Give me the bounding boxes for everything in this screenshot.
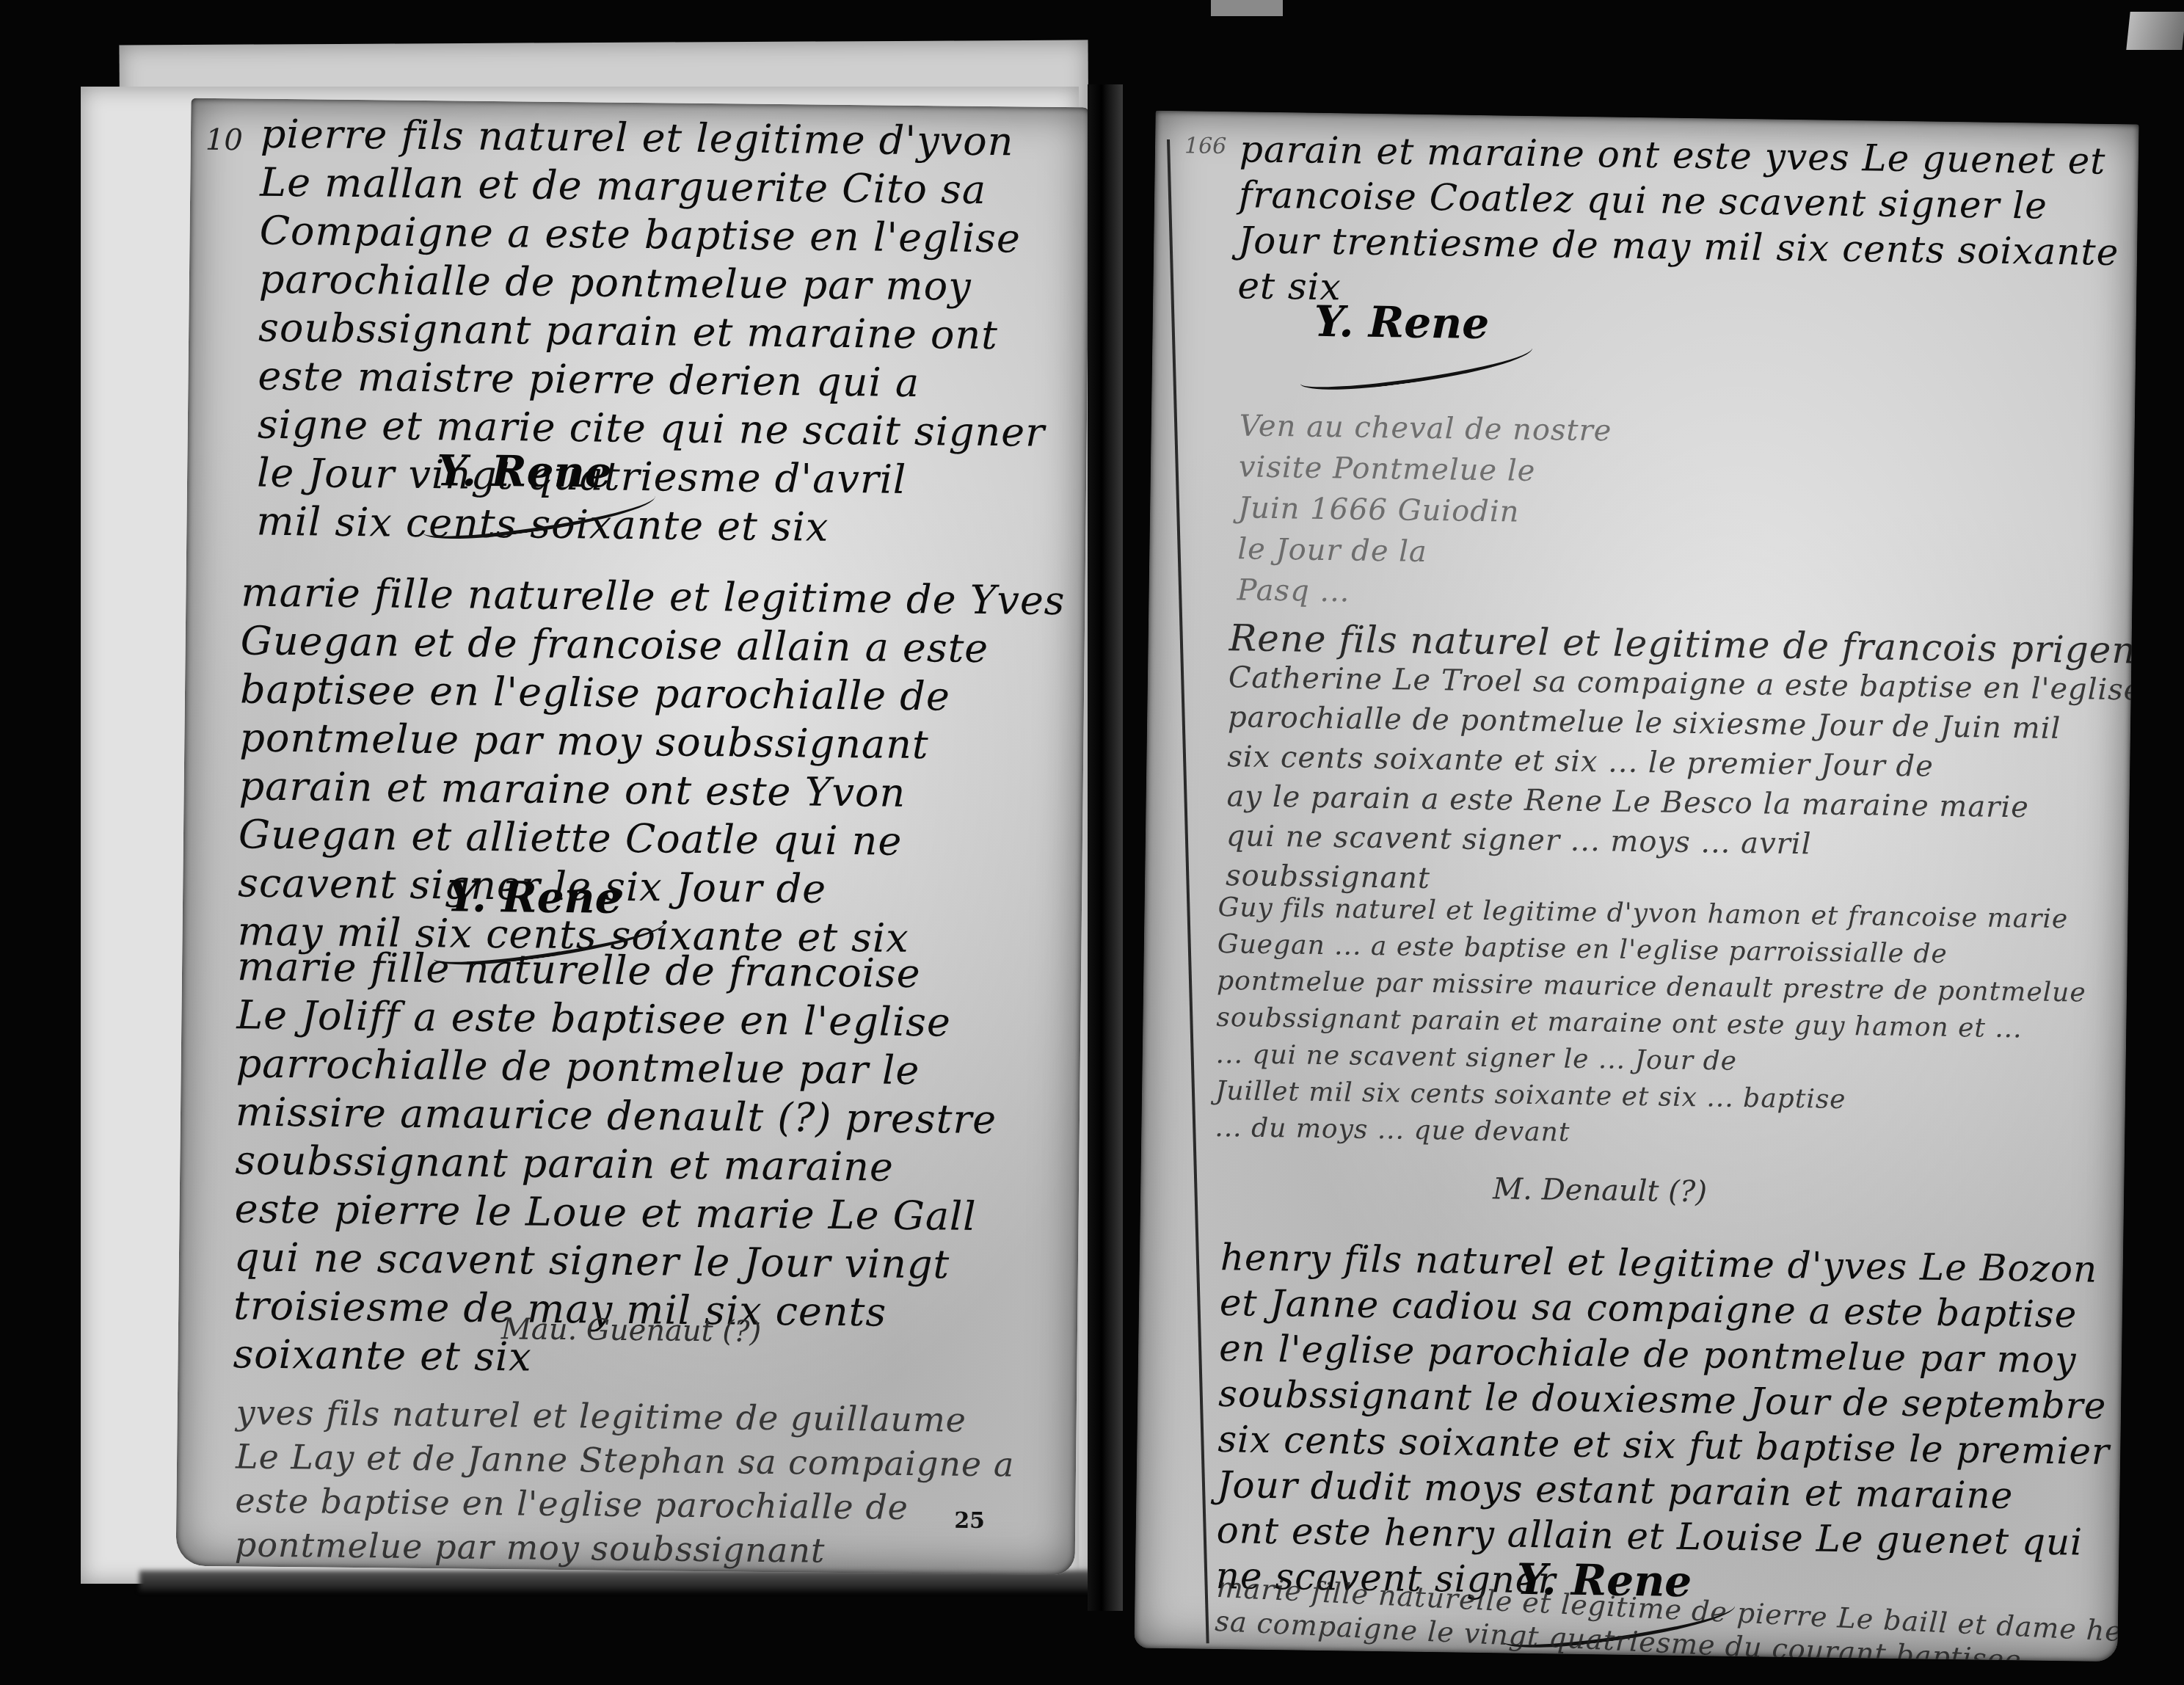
entry-line: Guegan et de francoise allain a este <box>240 616 1065 674</box>
priest-signature: Y. Rene <box>1314 296 1489 349</box>
entry-line: soubssignant parain et maraine <box>235 1136 997 1193</box>
entry-line: este maistre pierre derien qui a <box>258 352 1046 409</box>
entry-line: Le Joliff a este baptisee en l'eglise <box>236 991 998 1047</box>
entry-line: soubssignant parain et maraine ont <box>258 304 1046 360</box>
margin-number: 10 <box>205 123 243 158</box>
entry-line: qui ne scavent signer le Jour vingt <box>234 1233 996 1289</box>
priest-signature: Y. Rene <box>447 871 622 922</box>
entry-line: scavent signer le six Jour de <box>238 859 1063 916</box>
entry-line: Juin 1666 Guiodin <box>1238 487 1611 534</box>
entry-rene: Rene fils naturel et legitime de francoi… <box>1226 618 2139 909</box>
entry-line: le Jour de la <box>1237 528 1610 575</box>
scan-tab-marker <box>1211 0 1283 16</box>
margin-number: 166 <box>1184 133 1227 159</box>
visitation-note: Ven au cheval de nostre visite Pontmelue… <box>1237 405 1612 616</box>
entry-line: Compaigne a este baptise en l'eglise <box>259 207 1047 263</box>
book-spine <box>1088 84 1123 1611</box>
entry-line: baptisee en l'eglise parochialle de <box>240 665 1065 722</box>
margin-note: Mau. Guenaut (?) <box>501 1312 762 1349</box>
entry-line: Guegan et alliette Coatle qui ne <box>239 810 1063 867</box>
entry-line: parrochialle de pontmelue par le <box>236 1039 997 1096</box>
entry-line: Le mallan et de marguerite Cito sa <box>260 159 1048 215</box>
entry-line: pontmelue par moy soubssignant <box>235 1522 1014 1574</box>
entry-guy: Guy fils naturel et legitime d'yvon hamo… <box>1215 889 2087 1159</box>
right-page: 166 parain et maraine ont este yves Le g… <box>1134 111 2138 1662</box>
entry-line: signe et marie cite qui ne scait signer <box>258 401 1046 457</box>
entry-henry: henry fils naturel et legitime d'yves Le… <box>1215 1234 2138 1612</box>
entry-line: marie fille naturelle et legitime de Yve… <box>241 568 1066 625</box>
entry-line: parochialle de pontmelue par moy <box>259 255 1047 312</box>
left-page: 8 10 pierre fils naturel et legitime d'y… <box>176 98 1091 1576</box>
entry-line: pierre fils naturel et legitime d'yvon <box>261 110 1049 167</box>
entry-yves: yves fils naturel et legitime de guillau… <box>235 1390 1016 1574</box>
entry-line: missire amaurice denault (?) prestre <box>236 1088 997 1144</box>
entry-line: este pierre le Loue et marie Le Gall <box>234 1184 996 1241</box>
entry-line: Pasq ... <box>1237 569 1609 616</box>
entry-line: Le Lay et de Janne Stephan sa compaigne … <box>236 1434 1015 1486</box>
entry-line: yves fils naturel et legitime de guillau… <box>236 1390 1015 1442</box>
entry-line: mil six cents soixante et six <box>256 498 1044 554</box>
entry-line: visite Pontmelue le <box>1239 446 1612 492</box>
scan-background: 8 10 pierre fils naturel et legitime d'y… <box>0 0 2184 1685</box>
scan-corner-marker <box>2126 12 2184 50</box>
entry-line: Ven au cheval de nostre <box>1239 405 1612 451</box>
folio-number: 25 <box>954 1508 985 1534</box>
margin-note: M. Denault (?) <box>1493 1172 1707 1209</box>
entry-continuation: parain et maraine ont este yves Le guene… <box>1237 126 2120 321</box>
priest-signature: Y. Rene <box>437 445 612 497</box>
entry-line: este baptise en l'eglise parochialle de <box>235 1478 1014 1530</box>
entry-line: marie fille naturelle de francoise <box>237 942 999 999</box>
entry-line: pontmelue par moy soubssignant <box>239 713 1064 771</box>
entry-marie-1: marie fille naturelle et legitime de Yve… <box>237 568 1066 964</box>
entry-line: parain et maraine ont este Yvon <box>239 762 1063 819</box>
